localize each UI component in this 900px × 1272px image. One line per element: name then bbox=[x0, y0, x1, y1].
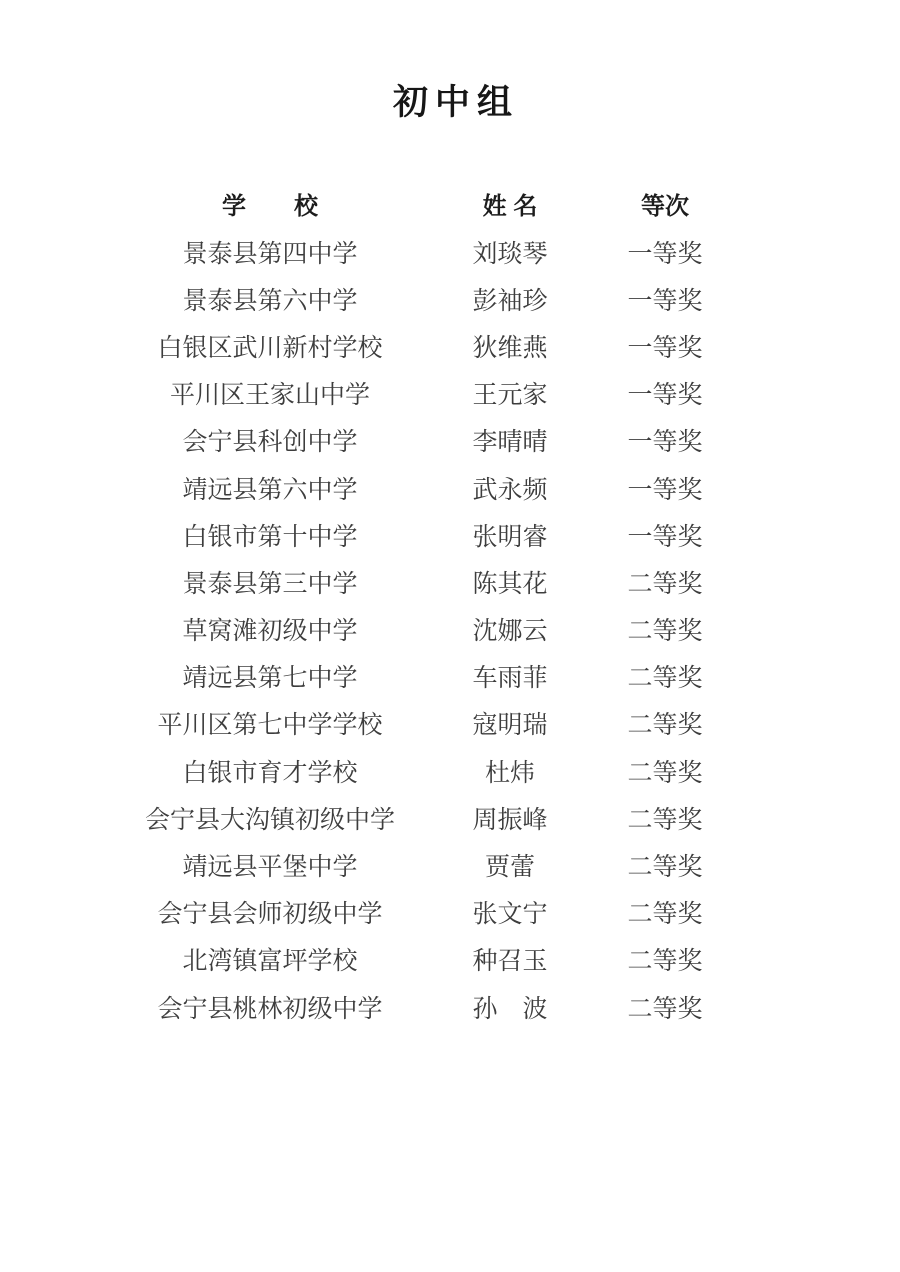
name-cell: 武永频 bbox=[430, 470, 590, 506]
rank-cell: 一等奖 bbox=[590, 328, 740, 364]
document-page: 初中组 学 校 姓 名 等次 景泰县第四中学刘琰琴一等奖景泰县第六中学彭袖珍一等… bbox=[0, 0, 900, 1272]
table-row: 景泰县第三中学陈其花二等奖 bbox=[110, 558, 740, 605]
table-rows: 景泰县第四中学刘琰琴一等奖景泰县第六中学彭袖珍一等奖白银区武川新村学校狄维燕一等… bbox=[110, 228, 740, 1030]
name-cell: 刘琰琴 bbox=[430, 234, 590, 270]
rank-cell: 二等奖 bbox=[590, 800, 740, 836]
rank-cell: 二等奖 bbox=[590, 941, 740, 977]
table-row: 草窝滩初级中学沈娜云二等奖 bbox=[110, 606, 740, 653]
name-cell: 杜炜 bbox=[430, 753, 590, 789]
name-cell: 陈其花 bbox=[430, 564, 590, 600]
table-row: 会宁县桃林初级中学孙 波二等奖 bbox=[110, 983, 740, 1030]
school-cell: 平川区王家山中学 bbox=[110, 375, 430, 411]
column-header-school: 学 校 bbox=[110, 186, 430, 221]
school-cell: 会宁县会师初级中学 bbox=[110, 894, 430, 930]
name-cell: 车雨菲 bbox=[430, 658, 590, 694]
school-cell: 靖远县第六中学 bbox=[110, 470, 430, 506]
name-cell: 周振峰 bbox=[430, 800, 590, 836]
table-row: 会宁县科创中学李晴晴一等奖 bbox=[110, 417, 740, 464]
table-row: 白银市第十中学张明睿一等奖 bbox=[110, 511, 740, 558]
page-title: 初中组 bbox=[393, 84, 519, 123]
table-row: 靖远县平堡中学贾蕾二等奖 bbox=[110, 841, 740, 888]
rank-cell: 一等奖 bbox=[590, 234, 740, 270]
column-header-rank: 等次 bbox=[590, 186, 740, 221]
school-cell: 平川区第七中学学校 bbox=[110, 705, 430, 741]
school-cell: 会宁县大沟镇初级中学 bbox=[110, 800, 430, 836]
name-cell: 张明睿 bbox=[430, 517, 590, 553]
school-cell: 北湾镇富坪学校 bbox=[110, 941, 430, 977]
school-cell: 白银市育才学校 bbox=[110, 753, 430, 789]
name-cell: 张文宁 bbox=[430, 894, 590, 930]
table-row: 景泰县第六中学彭袖珍一等奖 bbox=[110, 275, 740, 322]
rank-cell: 二等奖 bbox=[590, 705, 740, 741]
table-header-row: 学 校 姓 名 等次 bbox=[110, 178, 740, 228]
school-cell: 景泰县第六中学 bbox=[110, 281, 430, 317]
school-cell: 会宁县科创中学 bbox=[110, 422, 430, 458]
rank-cell: 二等奖 bbox=[590, 658, 740, 694]
award-table: 学 校 姓 名 等次 景泰县第四中学刘琰琴一等奖景泰县第六中学彭袖珍一等奖白银区… bbox=[110, 178, 740, 1030]
school-cell: 草窝滩初级中学 bbox=[110, 611, 430, 647]
table-row: 白银区武川新村学校狄维燕一等奖 bbox=[110, 322, 740, 369]
school-cell: 白银市第十中学 bbox=[110, 517, 430, 553]
rank-cell: 二等奖 bbox=[590, 989, 740, 1025]
table-row: 会宁县会师初级中学张文宁二等奖 bbox=[110, 889, 740, 936]
table-row: 靖远县第六中学武永频一等奖 bbox=[110, 464, 740, 511]
name-cell: 彭袖珍 bbox=[430, 281, 590, 317]
rank-cell: 一等奖 bbox=[590, 470, 740, 506]
name-cell: 王元家 bbox=[430, 375, 590, 411]
rank-cell: 一等奖 bbox=[590, 422, 740, 458]
school-cell: 靖远县平堡中学 bbox=[110, 847, 430, 883]
rank-cell: 一等奖 bbox=[590, 375, 740, 411]
rank-cell: 二等奖 bbox=[590, 847, 740, 883]
column-header-name: 姓 名 bbox=[430, 186, 590, 221]
name-cell: 李晴晴 bbox=[430, 422, 590, 458]
name-cell: 贾蕾 bbox=[430, 847, 590, 883]
school-cell: 景泰县第四中学 bbox=[110, 234, 430, 270]
name-cell: 狄维燕 bbox=[430, 328, 590, 364]
rank-cell: 一等奖 bbox=[590, 517, 740, 553]
table-row: 白银市育才学校杜炜二等奖 bbox=[110, 747, 740, 794]
name-cell: 沈娜云 bbox=[430, 611, 590, 647]
table-row: 靖远县第七中学车雨菲二等奖 bbox=[110, 653, 740, 700]
rank-cell: 二等奖 bbox=[590, 894, 740, 930]
rank-cell: 二等奖 bbox=[590, 611, 740, 647]
title-container: 初中组 bbox=[0, 84, 900, 123]
table-row: 平川区王家山中学王元家一等奖 bbox=[110, 370, 740, 417]
rank-cell: 一等奖 bbox=[590, 281, 740, 317]
table-row: 北湾镇富坪学校种召玉二等奖 bbox=[110, 936, 740, 983]
school-cell: 白银区武川新村学校 bbox=[110, 328, 430, 364]
school-cell: 会宁县桃林初级中学 bbox=[110, 989, 430, 1025]
school-cell: 靖远县第七中学 bbox=[110, 658, 430, 694]
name-cell: 孙 波 bbox=[430, 989, 590, 1025]
name-cell: 寇明瑞 bbox=[430, 705, 590, 741]
name-cell: 种召玉 bbox=[430, 941, 590, 977]
table-row: 景泰县第四中学刘琰琴一等奖 bbox=[110, 228, 740, 275]
rank-cell: 二等奖 bbox=[590, 753, 740, 789]
table-row: 会宁县大沟镇初级中学周振峰二等奖 bbox=[110, 794, 740, 841]
school-cell: 景泰县第三中学 bbox=[110, 564, 430, 600]
table-row: 平川区第七中学学校寇明瑞二等奖 bbox=[110, 700, 740, 747]
rank-cell: 二等奖 bbox=[590, 564, 740, 600]
